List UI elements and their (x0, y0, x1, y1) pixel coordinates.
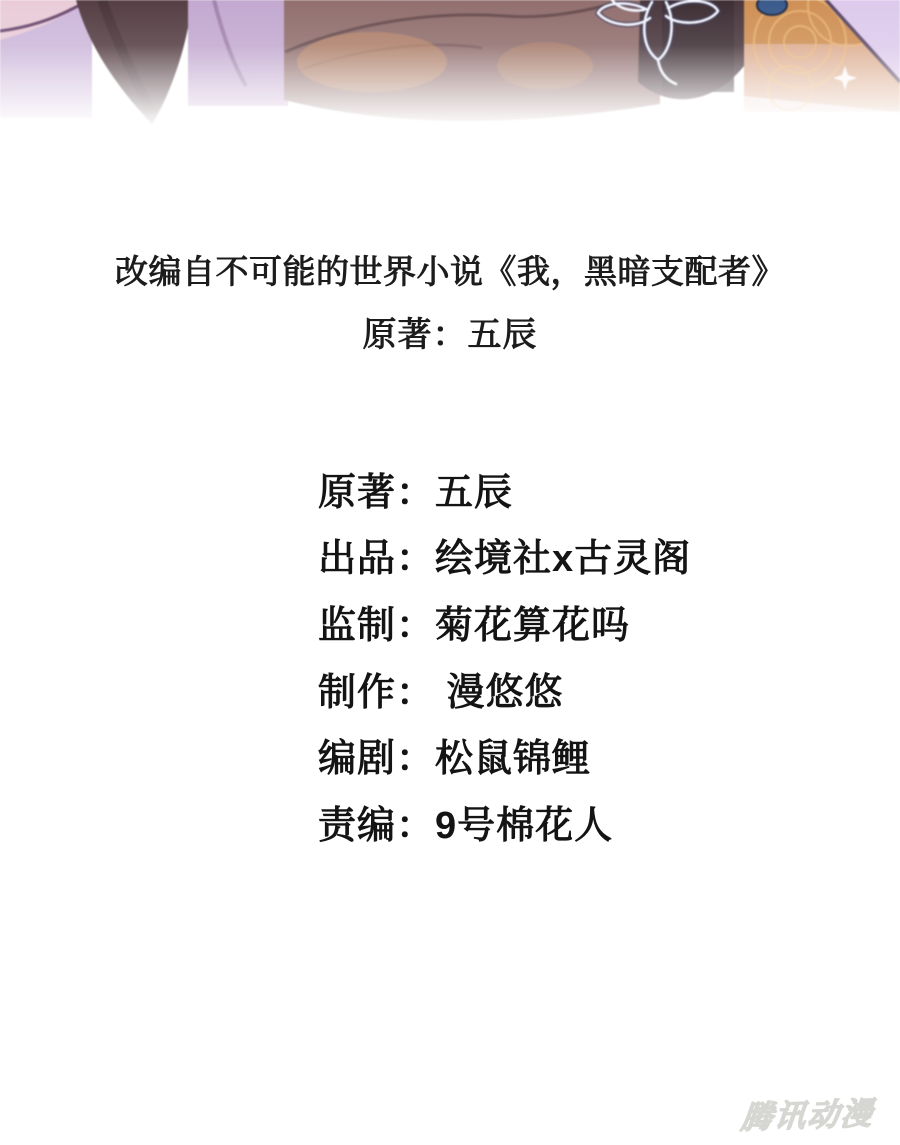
white-fade-overlay (0, 0, 900, 150)
header-artwork (0, 0, 900, 150)
tencent-comics-watermark: 腾讯动漫 (739, 1088, 876, 1138)
original-author-line: 原著：五辰 (0, 307, 900, 356)
credit-line-editor: 责编：9号棉花人 (318, 788, 691, 855)
credit-line-screenwriter: 编剧：松鼠锦鲤 (318, 721, 691, 788)
adaptation-source-line: 改编自不可能的世界小说《我，黑暗支配者》 (0, 253, 900, 291)
comic-credits-page: 改编自不可能的世界小说《我，黑暗支配者》 原著：五辰 原著：五辰 出品：绘境社x… (0, 0, 900, 1145)
adaptation-headline: 改编自不可能的世界小说《我，黑暗支配者》 原著：五辰 (0, 253, 900, 356)
credit-line-original-author: 原著：五辰 (318, 455, 691, 522)
credit-line-production: 制作： 漫悠悠 (318, 655, 691, 722)
credit-line-supervisor: 监制：菊花算花吗 (318, 588, 691, 655)
credit-line-producer: 出品：绘境社x古灵阁 (318, 522, 691, 589)
credits-list: 原著：五辰 出品：绘境社x古灵阁 监制：菊花算花吗 制作： 漫悠悠 编剧：松鼠锦… (318, 455, 691, 855)
